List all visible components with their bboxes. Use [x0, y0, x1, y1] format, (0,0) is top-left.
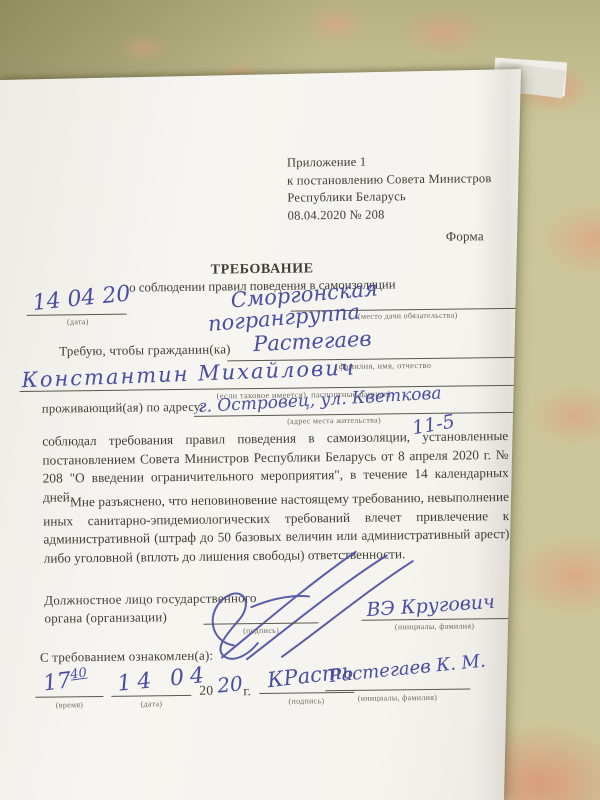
- ack-name-rule: [325, 688, 470, 691]
- year-printed-prefix: 20: [199, 683, 213, 699]
- photo-background: Приложение 1 к постановлению Совета Мини…: [0, 0, 600, 800]
- ack-date-label: (дата): [115, 699, 187, 709]
- header-block: Приложение 1 к постановлению Совета Мини…: [287, 152, 492, 224]
- citizen-intro: Требую, чтобы гражданин(ка): [59, 341, 231, 359]
- official-name-label: (инициалы, фамилия): [365, 621, 505, 632]
- address-intro: проживающий(ая) по адресу:: [42, 400, 204, 417]
- paper-sheet-wrap: Приложение 1 к постановлению Совета Мини…: [0, 0, 600, 800]
- official-line-2: органа (организации): [44, 609, 167, 626]
- ack-name-label: (инициалы, фамилия): [332, 693, 462, 704]
- address-label: (адрес места жительства): [259, 415, 409, 426]
- official-sign-label: (подпись): [219, 626, 304, 636]
- year-handwritten: 20: [216, 671, 244, 697]
- form-label: Форма: [446, 228, 484, 244]
- header-line: к постановлению Совета Министров: [287, 170, 492, 190]
- date-label: (дата): [33, 317, 123, 327]
- time-value: 1740: [42, 666, 90, 697]
- surname-value: Растегаев: [253, 327, 373, 357]
- header-line: 08.04.2020 № 208: [287, 205, 492, 225]
- document-content: Приложение 1 к постановлению Совета Мини…: [0, 0, 569, 800]
- ack-date-rule: [111, 695, 191, 697]
- year-suffix: г.: [243, 683, 251, 699]
- ack-date-value: 14 04: [116, 663, 211, 697]
- time-label: (время): [37, 700, 101, 710]
- date-rule: [27, 314, 127, 316]
- time-minutes: 40: [69, 666, 87, 683]
- time-hours: 17: [42, 668, 73, 697]
- paper-sheet: Приложение 1 к постановлению Совета Мини…: [0, 0, 600, 800]
- time-rule: [35, 696, 103, 698]
- ack-intro: С требованием ознакомлен(а):: [40, 648, 214, 666]
